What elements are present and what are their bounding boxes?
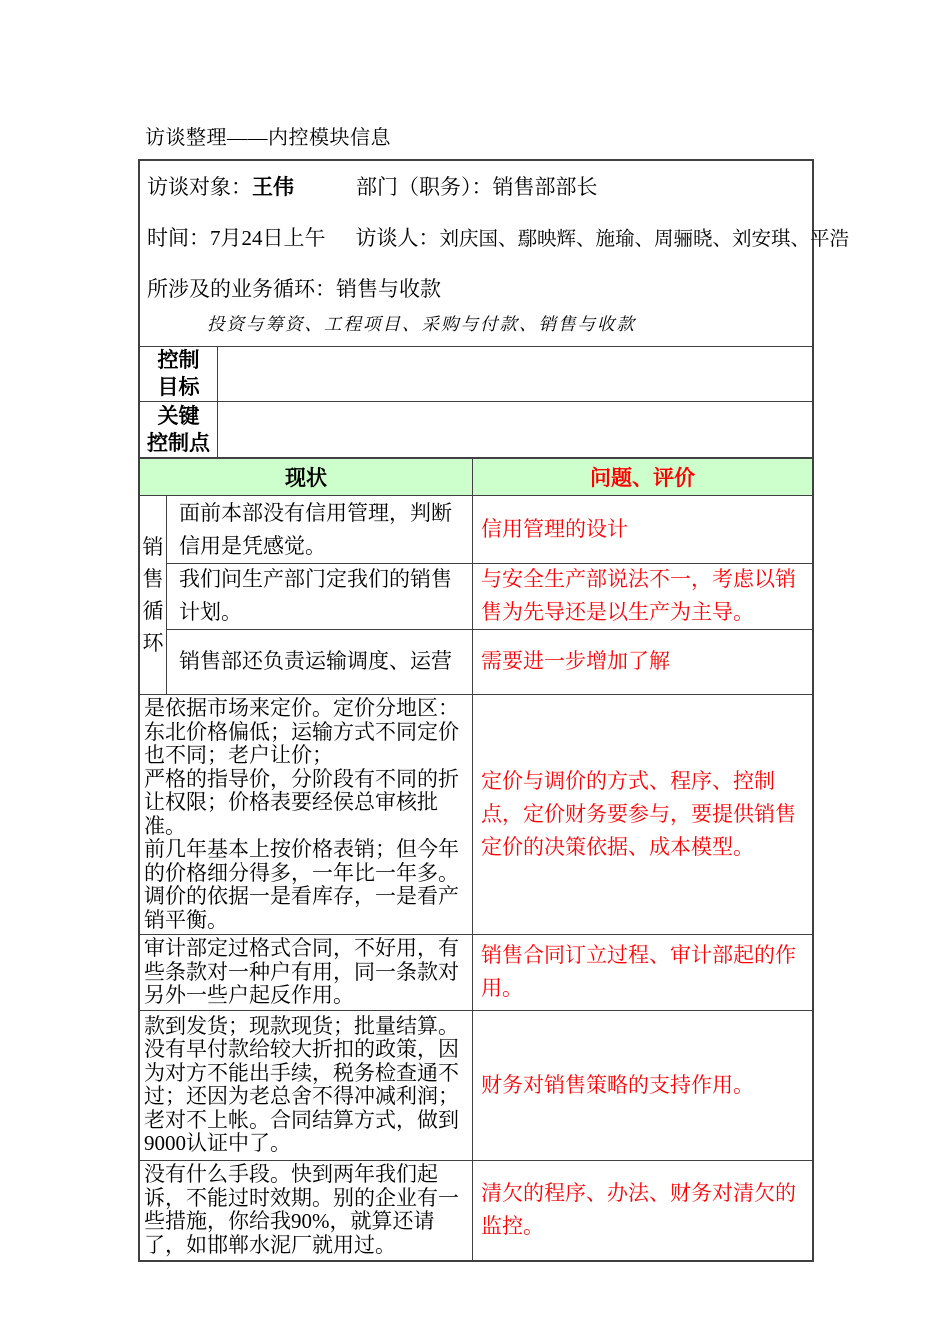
table-row: 面前本部没有信用管理，判断信用是凭感觉。 信用管理的设计 [166,496,812,563]
comment-text: 财务对销售策略的支持作用。 [481,1069,754,1102]
comment-cell: 财务对销售策略的支持作用。 [472,1011,812,1160]
comment-cell: 需要进一步增加了解 [472,630,812,695]
comment-cell: 信用管理的设计 [472,496,812,563]
interview-info-cell: 访谈对象：王伟部门（职务）：销售部部长 时间：7月24日上午访谈人：刘庆国、鄢映… [140,161,857,346]
status-cell: 款到发货；现款现货；批量结算。没有早付款给较大折扣的政策，因为对方不能出手续，税… [140,1011,472,1160]
key-control-value [217,402,812,457]
status-text: 款到发货；现款现货；批量结算。没有早付款给较大折扣的政策，因为对方不能出手续，税… [144,1015,468,1156]
comment-text: 定价与调价的方式、程序、控制点，定价财务要参与，要提供销售定价的决策依据、成本模… [481,765,808,864]
status-text: 是依据市场来定价。定价分地区：东北价格偏低；运输方式不同定价也不同；老户让价； … [144,697,468,932]
comment-text: 需要进一步增加了解 [481,645,670,678]
status-text: 审计部定过格式合同，不好用，有些条款对一种户有用，同一条款对另外一些户起反作用。 [144,937,468,1008]
interview-subject-label: 访谈对象： [147,175,252,199]
status-cell: 是依据市场来定价。定价分地区：东北价格偏低；运输方式不同定价也不同；老户让价； … [140,695,472,934]
sales-cycle-rows: 面前本部没有信用管理，判断信用是凭感觉。 信用管理的设计 我们问生产部门定我们的… [166,496,812,694]
status-cell: 面前本部没有信用管理，判断信用是凭感觉。 [166,496,472,563]
comment-cell: 与安全生产部说法不一，考虑以销售为先导还是以生产为主导。 [472,564,812,629]
interviewers-label: 访谈人： [356,226,440,250]
table-row: 销售部还负责运输调度、运营 需要进一步增加了解 [166,629,812,695]
comment-text: 信用管理的设计 [481,513,628,546]
cycle-options-line: 投资与筹资、工程项目、采购与付款、销售与收款 [207,311,849,336]
status-cell: 销售部还负责运输调度、运营 [166,630,472,695]
key-control-label: 关键 控制点 [140,402,217,457]
status-text: 没有什么手段。快到两年我们起诉，不能过时效期。别的企业有一些措施，你给我90%，… [144,1163,468,1257]
info-row: 访谈对象：王伟部门（职务）：销售部部长 时间：7月24日上午访谈人：刘庆国、鄢映… [140,161,812,346]
table-row: 我们问生产部门定我们的销售计划。 与安全生产部说法不一，考虑以销售为先导还是以生… [166,563,812,629]
column-header-comment: 问题、评价 [472,459,812,495]
comment-cell: 清欠的程序、办法、财务对清欠的监控。 [472,1161,812,1260]
status-text: 面前本部没有信用管理，判断信用是凭感觉。 [179,497,470,563]
comment-text: 销售合同订立过程、审计部起的作用。 [481,939,808,1005]
interview-subject-value: 王伟 [252,175,294,199]
comment-text: 与安全生产部说法不一，考虑以销售为先导还是以生产为主导。 [481,563,808,629]
column-header-row: 现状 问题、评价 [140,457,812,496]
interviewers-list: 刘庆国、鄢映辉、施瑜、周骊晓、刘安琪、平浩 [440,229,850,250]
table-row: 审计部定过格式合同，不好用，有些条款对一种户有用，同一条款对另外一些户起反作用。… [140,934,812,1010]
time-line: 时间：7月24日上午访谈人：刘庆国、鄢映辉、施瑜、周骊晓、刘安琪、平浩 [147,222,849,252]
column-header-status: 现状 [140,459,472,495]
table-row: 没有什么手段。快到两年我们起诉，不能过时效期。别的企业有一些措施，你给我90%，… [140,1160,812,1260]
comment-cell: 定价与调价的方式、程序、控制点，定价财务要参与，要提供销售定价的决策依据、成本模… [472,695,812,934]
document-title: 访谈整理——内控模块信息 [145,121,950,150]
table-row: 款到发货；现款现货；批量结算。没有早付款给较大折扣的政策，因为对方不能出手续，税… [140,1010,812,1160]
control-target-value [217,347,812,401]
comment-text: 清欠的程序、办法、财务对清欠的监控。 [481,1177,808,1243]
table-row: 是依据市场来定价。定价分地区：东北价格偏低；运输方式不同定价也不同；老户让价； … [140,694,812,934]
sales-cycle-group-label: 销 售 循 环 [140,496,166,694]
document-page: 访谈整理——内控模块信息 访谈对象：王伟部门（职务）：销售部部长 时间：7月24… [0,0,950,1344]
status-text: 我们问生产部门定我们的销售计划。 [179,563,470,629]
business-cycle-line: 所涉及的业务循环：销售与收款 [147,273,849,303]
status-cell: 我们问生产部门定我们的销售计划。 [166,564,472,629]
sales-cycle-block: 销 售 循 环 面前本部没有信用管理，判断信用是凭感觉。 信用管理的设计 我们问… [140,496,812,694]
department-role: 部门（职务）：销售部部长 [356,175,598,199]
comment-cell: 销售合同订立过程、审计部起的作用。 [472,935,812,1010]
control-target-label: 控制 目标 [140,347,217,401]
interview-time: 时间：7月24日上午 [147,226,326,250]
status-cell: 审计部定过格式合同，不好用，有些条款对一种户有用，同一条款对另外一些户起反作用。 [140,935,472,1010]
control-target-row: 控制 目标 [140,346,812,401]
status-cell: 没有什么手段。快到两年我们起诉，不能过时效期。别的企业有一些措施，你给我90%，… [140,1161,472,1260]
status-text: 销售部还负责运输调度、运营 [179,645,452,678]
subject-line: 访谈对象：王伟部门（职务）：销售部部长 [147,171,849,201]
interview-table: 访谈对象：王伟部门（职务）：销售部部长 时间：7月24日上午访谈人：刘庆国、鄢映… [138,159,814,1262]
key-control-row: 关键 控制点 [140,401,812,457]
